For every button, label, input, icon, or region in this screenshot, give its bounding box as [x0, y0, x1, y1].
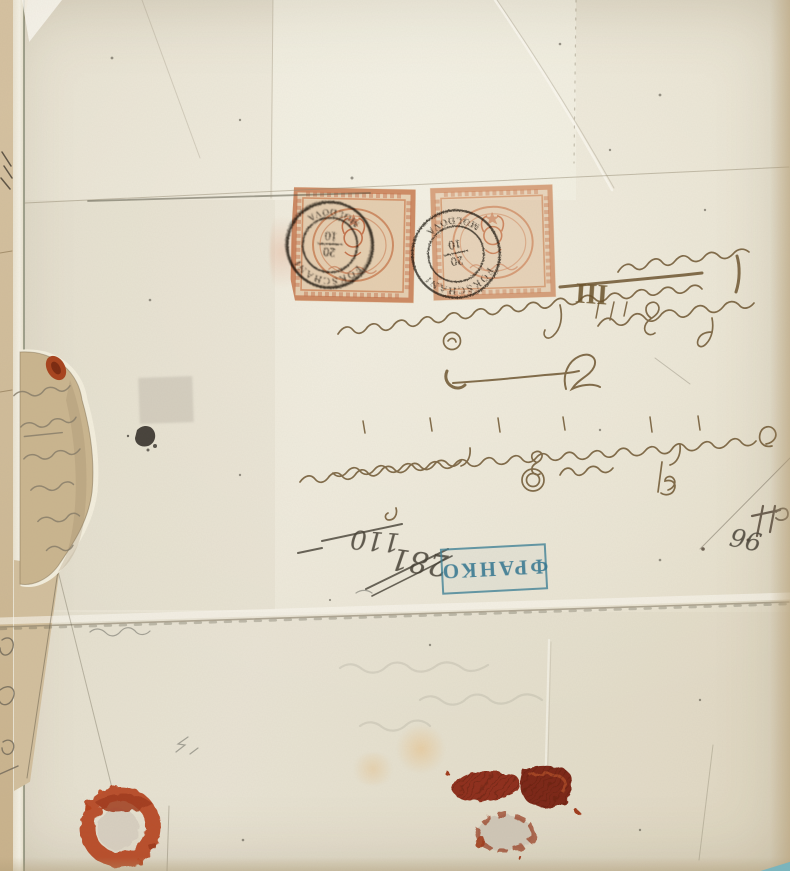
postmark-month: 10	[324, 228, 338, 243]
manuscript-script-lines	[300, 249, 788, 551]
ink-blot	[127, 426, 157, 452]
paper-specks	[111, 43, 707, 842]
wax-seal-center-right	[520, 766, 579, 814]
right-edge-shade	[770, 0, 790, 871]
tear-hole	[13, 352, 96, 585]
postmark-month: 10	[448, 237, 462, 253]
lineart-overlay	[0, 0, 790, 871]
wax-seal-center-lower	[474, 815, 533, 860]
postmark-day: 20	[450, 253, 464, 269]
postal-cover-scan: FOKSCHANI MOLDOVA 20 10 FOKSCHANI MOLDOV…	[0, 0, 790, 871]
postmark-day: 20	[322, 244, 336, 259]
bottom-edge-shade	[0, 857, 790, 871]
franko-handstamp: ФРАНКО	[440, 543, 548, 594]
ghost-writing	[340, 662, 542, 730]
postmark-right: FOKSCHANI MOLDOVA 20 10	[402, 200, 510, 308]
left-strip-marks	[0, 152, 18, 774]
wax-seal-left-ring	[85, 790, 156, 865]
roman-numeral-iii: III	[561, 274, 609, 309]
wax-seal-center-left	[444, 770, 520, 801]
postmark-left: FOKSCHANI MOLDOVA 20 10	[278, 193, 381, 296]
creases	[0, 0, 790, 871]
